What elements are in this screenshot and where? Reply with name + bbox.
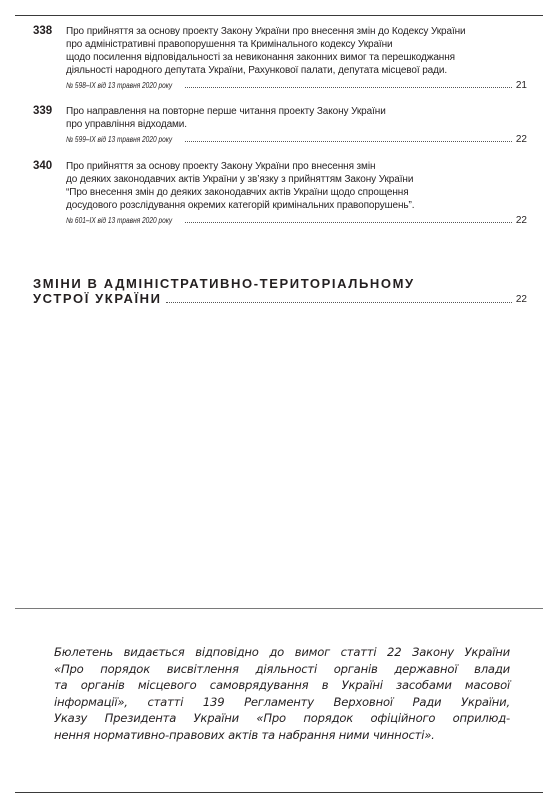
entry-title-line: про адміністративні правопорушення та Кр… <box>66 38 527 51</box>
entry-title: Про прийняття за основу проекту Закону У… <box>66 25 527 77</box>
notice-line: «Про порядок висвітлення діяльності орга… <box>54 661 510 678</box>
notice-line: інформації», статті 139 Регламенту Верхо… <box>54 694 510 711</box>
bottom-divider <box>15 792 543 793</box>
entry-reference-row: № 601–IX від 13 травня 2020 року 22 <box>66 215 527 226</box>
notice-line: Бюлетень видається відповідно до вимог с… <box>54 644 510 661</box>
leader-dots <box>185 140 511 142</box>
entry-title: Про прийняття за основу проекту Закону У… <box>66 160 527 212</box>
entry-page-number[interactable]: 21 <box>516 80 527 91</box>
entry-title-line: щодо посилення відповідальності за невик… <box>66 51 527 64</box>
section-heading[interactable]: ЗМІНИ В АДМІНІСТРАТИВНО-ТЕРИТОРІАЛЬНОМУ … <box>33 276 527 306</box>
entry-number: 339 <box>33 105 52 118</box>
notice-line: Указу Президента України «Про порядок оф… <box>54 710 510 727</box>
entry-title-line: “Про внесення змін до деяких законодавчи… <box>66 186 527 199</box>
leader-dots <box>166 301 512 303</box>
entry-title-line: діяльності народного депутата України, Р… <box>66 64 527 77</box>
notice-line: та органів місцевого самоврядування в Ук… <box>54 677 510 694</box>
section-title-line: УСТРОЇ УКРАЇНИ <box>33 291 162 306</box>
entry-reference-row: № 598–IX від 13 травня 2020 року 21 <box>66 80 527 91</box>
toc-entry[interactable]: 339 Про направлення на повторне перше чи… <box>33 105 527 145</box>
entry-reference-row: № 599–IX від 13 травня 2020 року 22 <box>66 134 527 145</box>
entry-reference: № 601–IX від 13 травня 2020 року <box>66 215 172 226</box>
section-page-number[interactable]: 22 <box>516 294 527 306</box>
entry-reference: № 598–IX від 13 травня 2020 року <box>66 80 172 91</box>
toc-entry[interactable]: 338 Про прийняття за основу проекту Зако… <box>33 25 527 91</box>
section-title-line: ЗМІНИ В АДМІНІСТРАТИВНО-ТЕРИТОРІАЛЬНОМУ <box>33 276 527 291</box>
top-divider <box>15 15 543 16</box>
entry-title-line: до деяких законодавчих актів України у з… <box>66 173 527 186</box>
middle-divider <box>15 608 543 609</box>
entry-title-line: досудового розслідування окремих категор… <box>66 199 527 212</box>
entry-title: Про направлення на повторне перше читанн… <box>66 105 527 131</box>
entry-page-number[interactable]: 22 <box>516 134 527 145</box>
entry-title-line: про управління відходами. <box>66 118 527 131</box>
section-title-row: УСТРОЇ УКРАЇНИ 22 <box>33 291 527 306</box>
toc-entry[interactable]: 340 Про прийняття за основу проекту Зако… <box>33 160 527 226</box>
entry-title-line: Про направлення на повторне перше читанн… <box>66 105 527 118</box>
leader-dots <box>185 86 511 88</box>
entry-page-number[interactable]: 22 <box>516 215 527 226</box>
entry-reference: № 599–IX від 13 травня 2020 року <box>66 134 172 145</box>
publication-notice: Бюлетень видається відповідно до вимог с… <box>54 644 510 743</box>
entry-title-line: Про прийняття за основу проекту Закону У… <box>66 25 527 38</box>
leader-dots <box>185 221 511 223</box>
notice-line: нення нормативно-правових актів та набра… <box>54 727 510 744</box>
entry-number: 338 <box>33 25 52 38</box>
entry-number: 340 <box>33 160 52 173</box>
entry-title-line: Про прийняття за основу проекту Закону У… <box>66 160 527 173</box>
